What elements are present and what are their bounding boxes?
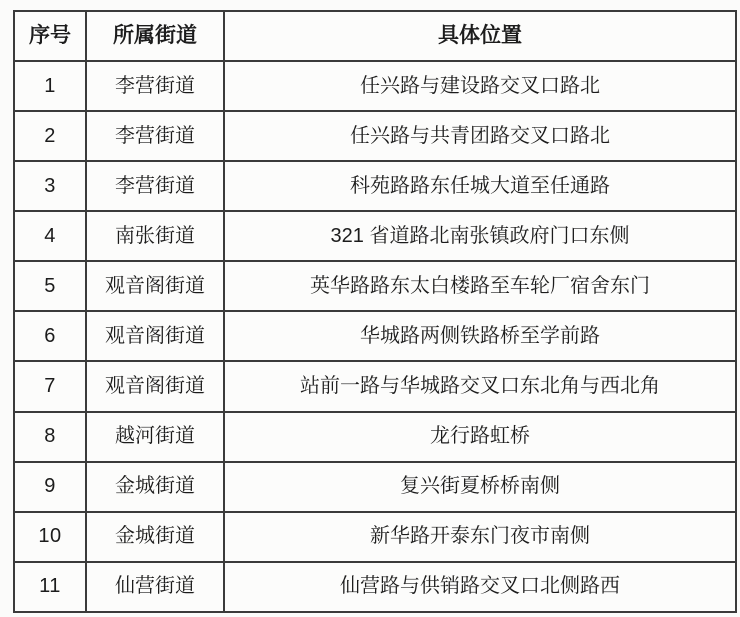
row-street-cell: 观音阁街道 xyxy=(86,361,224,411)
row-index-cell: 7 xyxy=(14,361,86,411)
table-row: 8 越河街道 龙行路虹桥 xyxy=(14,412,736,462)
table-row: 3 李营街道 科苑路路东任城大道至任通路 xyxy=(14,161,736,211)
locations-table: 序号 所属街道 具体位置 1 李营街道 任兴路与建设路交叉口路北 2 李营街道 … xyxy=(13,10,737,613)
row-street-cell: 越河街道 xyxy=(86,412,224,462)
row-index-cell: 6 xyxy=(14,311,86,361)
table-row: 11 仙营街道 仙营路与供销路交叉口北侧路西 xyxy=(14,562,736,612)
row-index-cell: 4 xyxy=(14,211,86,261)
header-cell-street: 所属街道 xyxy=(86,11,224,61)
table-row: 1 李营街道 任兴路与建设路交叉口路北 xyxy=(14,61,736,111)
table-row: 2 李营街道 任兴路与共青团路交叉口路北 xyxy=(14,111,736,161)
row-location-cell: 新华路开泰东门夜市南侧 xyxy=(224,512,736,562)
row-location-cell: 321 省道路北南张镇政府门口东侧 xyxy=(224,211,736,261)
table-row: 9 金城街道 复兴街夏桥桥南侧 xyxy=(14,462,736,512)
row-location-cell: 复兴街夏桥桥南侧 xyxy=(224,462,736,512)
row-street-cell: 李营街道 xyxy=(86,111,224,161)
row-index-cell: 10 xyxy=(14,512,86,562)
row-index-cell: 1 xyxy=(14,61,86,111)
row-location-cell: 英华路路东太白楼路至车轮厂宿舍东门 xyxy=(224,261,736,311)
header-cell-location: 具体位置 xyxy=(224,11,736,61)
row-location-cell: 站前一路与华城路交叉口东北角与西北角 xyxy=(224,361,736,411)
row-location-cell: 任兴路与建设路交叉口路北 xyxy=(224,61,736,111)
table-row: 6 观音阁街道 华城路两侧铁路桥至学前路 xyxy=(14,311,736,361)
row-location-cell: 任兴路与共青团路交叉口路北 xyxy=(224,111,736,161)
table-row: 4 南张街道 321 省道路北南张镇政府门口东侧 xyxy=(14,211,736,261)
table-header: 序号 所属街道 具体位置 xyxy=(14,11,736,61)
row-index-cell: 2 xyxy=(14,111,86,161)
table-row: 5 观音阁街道 英华路路东太白楼路至车轮厂宿舍东门 xyxy=(14,261,736,311)
row-street-cell: 李营街道 xyxy=(86,161,224,211)
header-cell-index: 序号 xyxy=(14,11,86,61)
row-street-cell: 李营街道 xyxy=(86,61,224,111)
row-location-cell: 龙行路虹桥 xyxy=(224,412,736,462)
table-body: 1 李营街道 任兴路与建设路交叉口路北 2 李营街道 任兴路与共青团路交叉口路北… xyxy=(14,61,736,612)
locations-table-container: 序号 所属街道 具体位置 1 李营街道 任兴路与建设路交叉口路北 2 李营街道 … xyxy=(13,10,737,613)
row-location-cell: 科苑路路东任城大道至任通路 xyxy=(224,161,736,211)
row-index-cell: 8 xyxy=(14,412,86,462)
row-street-cell: 仙营街道 xyxy=(86,562,224,612)
header-row: 序号 所属街道 具体位置 xyxy=(14,11,736,61)
row-location-cell: 华城路两侧铁路桥至学前路 xyxy=(224,311,736,361)
row-street-cell: 金城街道 xyxy=(86,512,224,562)
row-index-cell: 9 xyxy=(14,462,86,512)
row-street-cell: 金城街道 xyxy=(86,462,224,512)
row-index-cell: 3 xyxy=(14,161,86,211)
row-index-cell: 5 xyxy=(14,261,86,311)
table-row: 10 金城街道 新华路开泰东门夜市南侧 xyxy=(14,512,736,562)
row-index-cell: 11 xyxy=(14,562,86,612)
row-street-cell: 南张街道 xyxy=(86,211,224,261)
row-street-cell: 观音阁街道 xyxy=(86,261,224,311)
row-street-cell: 观音阁街道 xyxy=(86,311,224,361)
table-row: 7 观音阁街道 站前一路与华城路交叉口东北角与西北角 xyxy=(14,361,736,411)
row-location-cell: 仙营路与供销路交叉口北侧路西 xyxy=(224,562,736,612)
